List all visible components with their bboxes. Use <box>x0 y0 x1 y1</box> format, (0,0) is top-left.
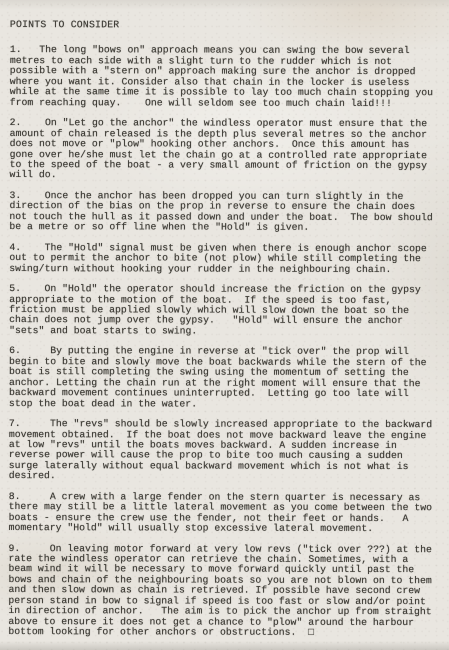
point-paragraph-5: 5. On "Hold" the operator should increas… <box>9 284 440 337</box>
point-number: 9. <box>9 543 21 554</box>
point-body: On leaving motor forward at very low rev… <box>8 543 432 638</box>
page-title: POINTS TO CONSIDER <box>10 20 441 32</box>
point-body: The "Hold" signal must be given when the… <box>9 242 427 275</box>
point-paragraph-1: 1. The long "bows on" approach means you… <box>10 45 441 109</box>
point-number: 1. <box>10 44 22 55</box>
scanned-page: POINTS TO CONSIDER 1. The long "bows on"… <box>0 0 449 650</box>
point-paragraph-7: 7. The "revs" should be slowly increased… <box>9 419 440 483</box>
point-number: 4. <box>9 242 21 253</box>
point-number: 6. <box>9 345 21 356</box>
point-paragraph-4: 4. The "Hold" signal must be given when … <box>9 243 440 275</box>
point-number: 8. <box>9 491 21 502</box>
point-paragraph-3: 3. Once the anchor has been dropped you … <box>9 191 440 234</box>
point-body: On "Let go the anchor" the windless oper… <box>10 117 428 180</box>
point-body: By putting the engine in reverse at "tic… <box>9 345 427 409</box>
point-paragraph-9: 9. On leaving motor forward at very low … <box>8 544 439 639</box>
point-paragraph-2: 2. On "Let go the anchor" the windless o… <box>10 118 441 182</box>
point-number: 2. <box>10 117 22 128</box>
point-body: The "revs" should be slowly increased ap… <box>9 418 432 481</box>
point-paragraph-8: 8. A crew with a large fender on the ste… <box>9 492 440 535</box>
point-body: Once the anchor has been dropped you can… <box>9 190 432 233</box>
point-number: 5. <box>9 283 21 294</box>
point-body: The long "bows on" approach means you ca… <box>10 45 433 109</box>
page-content: POINTS TO CONSIDER 1. The long "bows on"… <box>0 0 449 650</box>
point-number: 7. <box>9 418 21 429</box>
point-number: 3. <box>9 190 21 201</box>
point-body: A crew with a large fender on the stern … <box>9 491 432 534</box>
point-body: On "Hold" the operator should increase t… <box>9 283 421 336</box>
point-paragraph-6: 6. By putting the engine in reverse at "… <box>9 346 440 410</box>
